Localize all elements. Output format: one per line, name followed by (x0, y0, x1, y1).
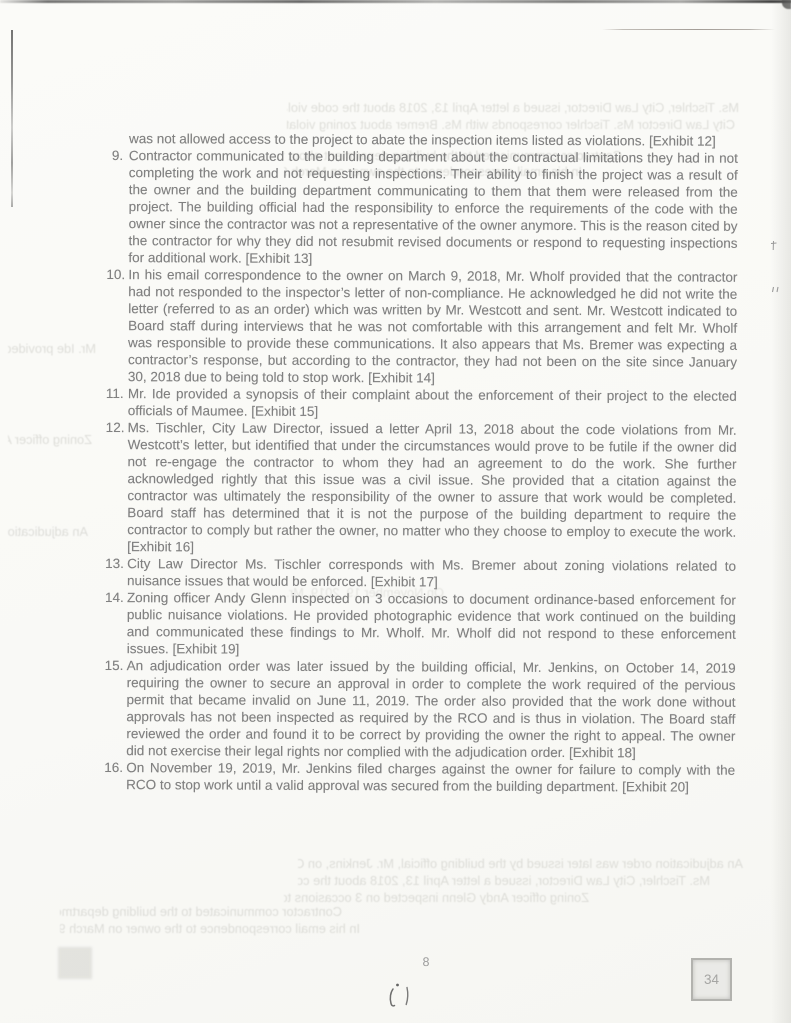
bates-stamp: 34 (691, 958, 732, 1001)
handwritten-pen-marks (380, 980, 424, 1012)
bleedthrough-text: Zoning officer Andy Glenn inspected on 3… (8, 432, 92, 447)
list-item: 13. City Law Director Ms. Tischler corre… (105, 555, 736, 592)
list-item-text: On November 19, 2019, Mr. Jenkins filed … (126, 760, 735, 794)
list-item-text: In his email correspondence to the owner… (128, 267, 738, 385)
bleedthrough-text: City Law Director Ms. Tischler correspon… (287, 117, 735, 132)
bleedthrough-text: Ms. Tischler, City Law Director, issued … (287, 100, 739, 115)
list-item: 10. In his email correspondence to the o… (106, 266, 738, 388)
bleedthrough-text: An adjudication order was later issued b… (8, 524, 88, 539)
list-item-text: Contractor communicated to the building … (128, 148, 738, 266)
bates-stamp-number: 34 (704, 972, 719, 987)
list-item-number: 11. (106, 385, 124, 402)
scan-left-edge-artifact (11, 30, 13, 207)
bleedthrough-text: Ms. Tischler, City Law Director, issued … (298, 873, 710, 888)
list-item-text: Zoning officer Andy Glenn inspected on 3… (127, 590, 736, 656)
bleedthrough-stamp (58, 947, 92, 979)
list-item-number: 9. (112, 147, 123, 164)
bleedthrough-text: In his email correspondence to the owner… (60, 921, 360, 936)
bleedthrough-text: Mr. Ide provided a synopsis of their com… (8, 341, 96, 356)
scan-right-shadow (771, 0, 791, 1023)
bleedthrough-text: Contractor communicated to the building … (60, 904, 342, 919)
bleedthrough-text: Zoning officer Andy Glenn inspected on 3… (284, 890, 589, 905)
list-item-number: 16. (104, 759, 123, 776)
list-item: 16. On November 19, 2019, Mr. Jenkins fi… (104, 759, 735, 796)
scan-stray-mark (770, 240, 778, 251)
list-item-text: Ms. Tischler, City Law Director, issued … (127, 420, 737, 554)
scan-top-edge-artifact (0, 0, 791, 3)
scan-stray-mark (771, 286, 780, 294)
document-body: was not allowed access to the project to… (104, 130, 738, 796)
list-item: 9. Contractor communicated to the buildi… (106, 147, 738, 269)
list-item-number: 15. (105, 657, 124, 674)
list-item: 14. Zoning officer Andy Glenn inspected … (105, 589, 736, 660)
list-item-text: An adjudication order was later issued b… (126, 658, 735, 760)
list-item-number: 10. (106, 266, 125, 283)
page-number: 8 (414, 955, 438, 969)
list-item-text: Mr. Ide provided a synopsis of their com… (128, 386, 737, 419)
list-item: 11. Mr. Ide provided a synopsis of their… (106, 385, 737, 422)
list-item-number: 14. (105, 589, 124, 606)
list-item-number: 13. (105, 555, 124, 572)
scan-fold-line-artifact (602, 29, 775, 30)
scanned-document-page: { "document": { "page_number": "8", "bat… (0, 0, 791, 1023)
bleedthrough-text: An adjudication order was later issued b… (298, 856, 743, 871)
list-item: 15. An adjudication order was later issu… (104, 657, 735, 762)
list-item: 12. Ms. Tischler, City Law Director, iss… (105, 419, 737, 558)
list-item-number: 12. (106, 419, 125, 436)
list-item-text: City Law Director Ms. Tischler correspon… (127, 556, 736, 589)
